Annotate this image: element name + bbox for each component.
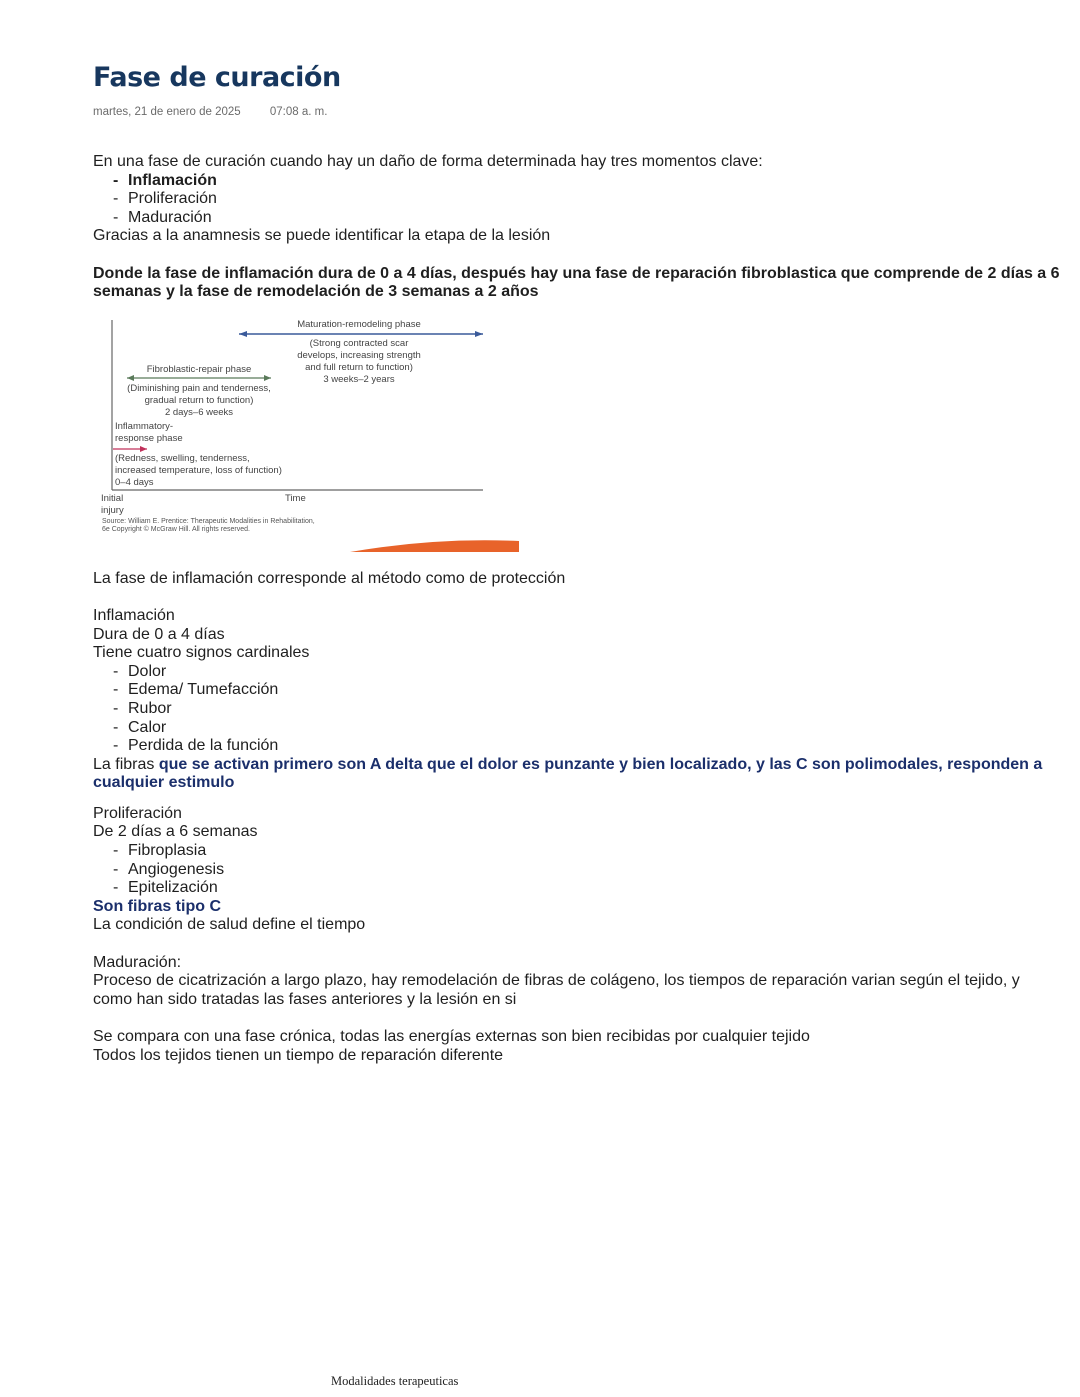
list-item: Proliferación [93,190,1073,209]
page-title: Fase de curación [93,62,341,93]
initial-injury-label: Initialinjury [101,493,124,517]
inflammation-heading: Inflamación [93,607,1073,626]
signs-intro: Tiene cuatro signos cardinales [93,644,1073,663]
list-item: Perdida de la función [93,737,1073,756]
proliferation-heading: Proliferación [93,805,1073,824]
healing-phases-figure: Maturation-remodeling phase (Strong cont… [99,312,529,552]
maturation-heading: Maduración: [93,954,1073,973]
page-footer: Modalidades terapeuticas [331,1374,458,1389]
list-item: Inflamación [93,172,1073,191]
page-meta: martes, 21 de enero de 2025 07:08 a. m. [93,106,327,118]
list-item: Dolor [93,663,1073,682]
closing-line: Todos los tejidos tienen un tiempo de re… [93,1047,1073,1066]
proliferation-note: La condición de salud define el tiempo [93,916,1073,935]
inflammation-lead: La fase de inflamación corresponde al mé… [93,570,1073,589]
list-item: Maduración [93,209,1073,228]
inflammatory-title: Inflammatory-response phase [115,421,183,445]
list-item: Edema/ Tumefacción [93,681,1073,700]
summary-paragraph: Donde la fase de inflamación dura de 0 a… [93,265,1078,302]
page-time: 07:08 a. m. [270,106,328,118]
figure-source: Source: William E. Prentice: Therapeutic… [102,518,315,535]
fibroblastic-desc: (Diminishing pain and tenderness,gradual… [114,383,284,419]
time-axis-label: Time [285,493,306,505]
proliferation-fibers: Son fibras tipo C [93,898,1073,917]
note-body: En una fase de curación cuando hay un da… [93,153,1073,1065]
proliferation-duration: De 2 días a 6 semanas [93,823,1073,842]
inflammatory-desc: (Redness, swelling, tenderness,increased… [115,453,282,489]
list-item: Fibroplasia [93,842,1073,861]
list-item: Calor [93,719,1073,738]
closing-line: Se compara con una fase crónica, todas l… [93,1028,1073,1047]
maturation-text: Proceso de cicatrización a largo plazo, … [93,972,1043,1009]
fibers-paragraph: La fibras que se activan primero son A d… [93,756,1053,793]
page-date: martes, 21 de enero de 2025 [93,106,241,118]
maturation-desc: (Strong contracted scardevelops, increas… [279,338,439,386]
list-item: Epitelización [93,879,1073,898]
list-item: Angiogenesis [93,861,1073,880]
fibroblastic-title: Fibroblastic-repair phase [129,364,269,376]
intro-text: En una fase de curación cuando hay un da… [93,153,1073,172]
intro-after: Gracias a la anamnesis se puede identifi… [93,227,1073,246]
inflammation-duration: Dura de 0 a 4 días [93,626,1073,645]
maturation-title: Maturation-remodeling phase [269,319,449,331]
list-item: Rubor [93,700,1073,719]
